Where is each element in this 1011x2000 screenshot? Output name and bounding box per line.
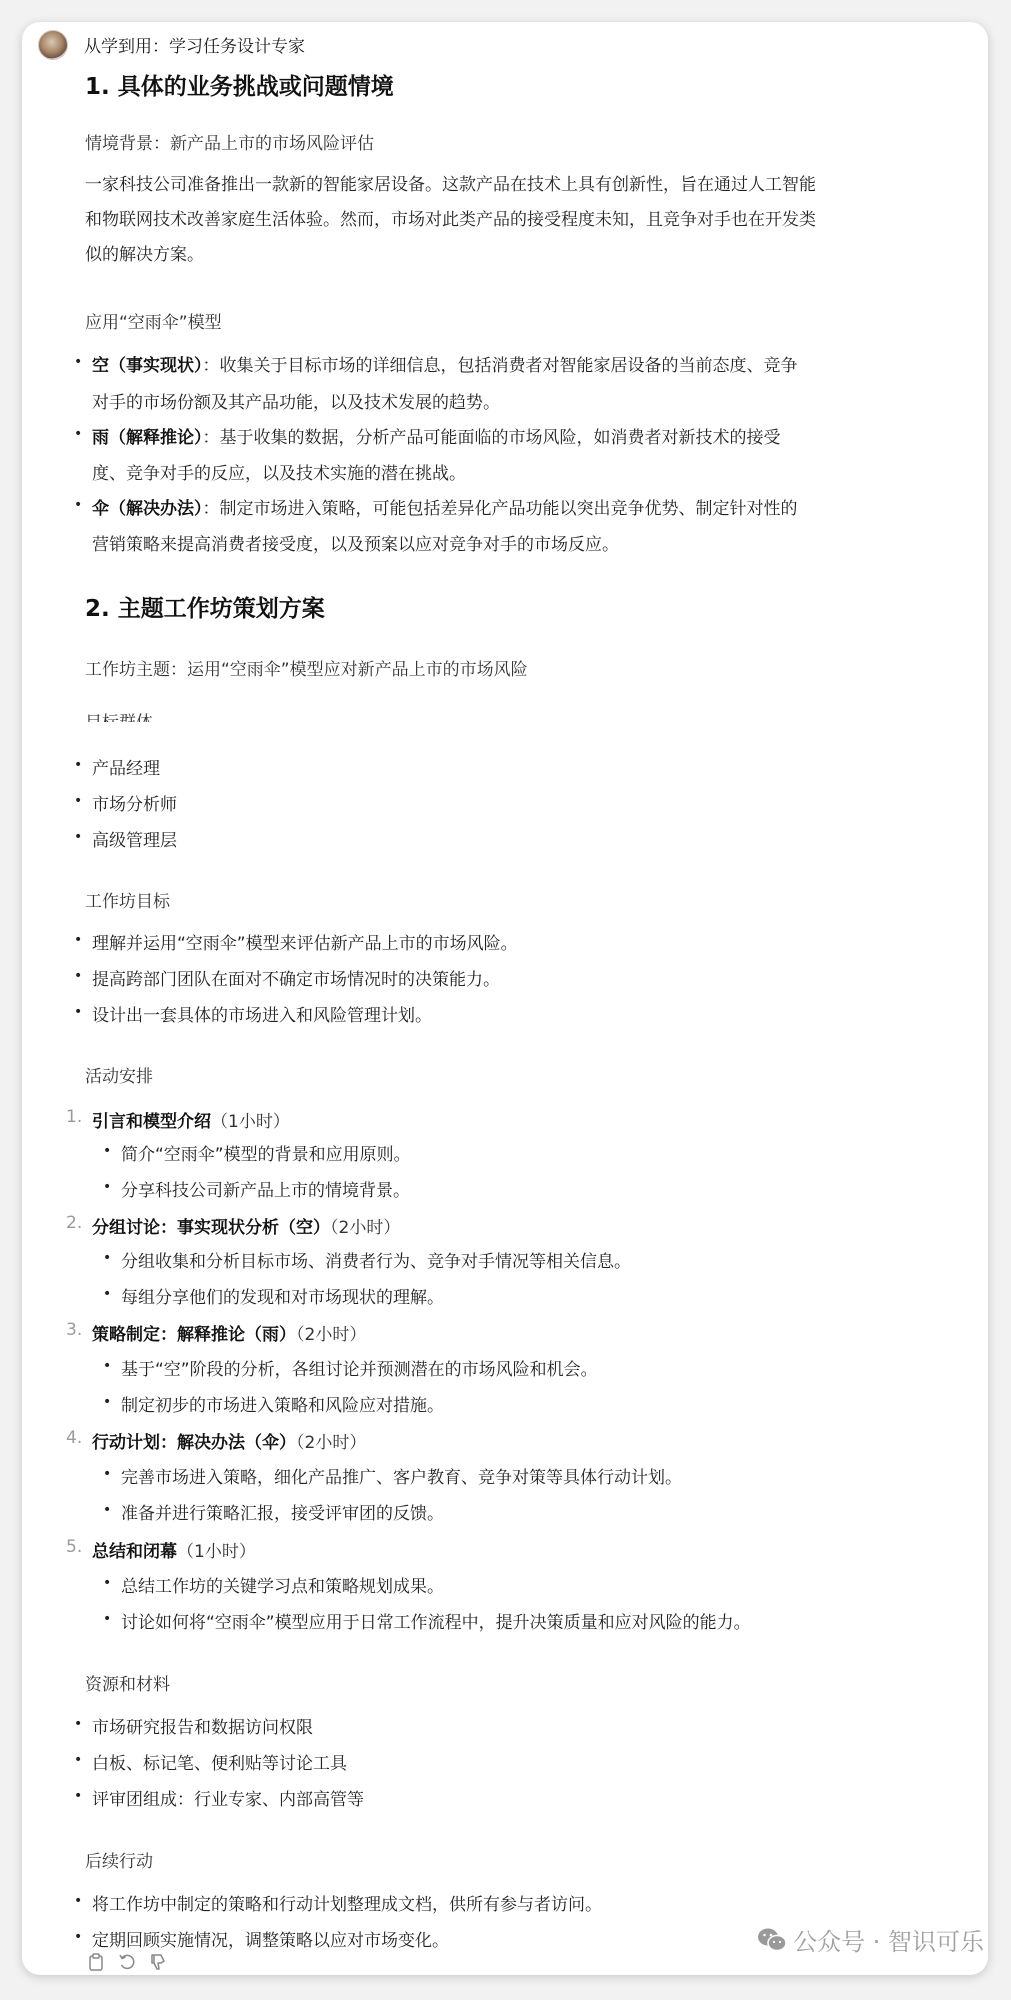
agenda-subitem: 制定初步的市场进入策略和风险应对措施。 (121, 1391, 444, 1416)
bullet-icon: • (103, 1502, 111, 1518)
agenda-item-title: 引言和模型介绍（1小时） (92, 1107, 290, 1132)
resource-item: 评审团组成：行业专家、内部高管等 (92, 1785, 364, 1810)
context-paragraph-line-3: 似的解决方案。 (85, 237, 204, 273)
watermark: 公众号 · 智识可乐 (757, 1922, 984, 1957)
agenda-number: 2. (66, 1213, 82, 1233)
bullet-icon: • (74, 1004, 82, 1020)
bullet-icon: • (103, 1286, 111, 1302)
agenda-subitem: 准备并进行策略汇报，接受评审团的反馈。 (121, 1499, 444, 1524)
agenda-subitem: 分享科技公司新产品上市的情境背景。 (121, 1176, 410, 1201)
model-term: 雨（解释推论） (92, 428, 203, 448)
followup-item: 定期回顾实施情况，调整策略以应对市场变化。 (92, 1926, 449, 1951)
bullet-icon: • (103, 1575, 111, 1591)
agenda-subitem: 每组分享他们的发现和对市场现状的理解。 (121, 1283, 444, 1308)
agenda-item-title: 策略制定：解释推论（雨）（2小时） (92, 1320, 366, 1345)
wechat-icon (757, 1927, 787, 1953)
model-item-yu: 雨（解释推论）：基于收集的数据，分析产品可能面临的市场风险，如消费者对新技术的接… (92, 423, 781, 448)
model-term: 空（事实现状） (92, 356, 203, 376)
section-2-heading: 2. 主题工作坊策划方案 (85, 590, 325, 623)
model-item-san-cont: 营销策略来提高消费者接受度，以及预案以应对竞争对手的市场反应。 (92, 530, 619, 555)
agenda-item-title: 行动计划：解决办法（伞）（2小时） (92, 1428, 366, 1453)
agenda-duration: （2小时） (296, 1433, 366, 1453)
audience-item: 产品经理 (92, 754, 160, 779)
bullet-icon: • (103, 1358, 111, 1374)
goal-item: 设计出一套具体的市场进入和风险管理计划。 (92, 1001, 432, 1026)
context-paragraph-line-2: 和物联网技术改善家庭生活体验。然而，市场对此类产品的接受程度未知，且竞争对手也在… (85, 202, 816, 238)
goals-label: 工作坊目标 (85, 887, 170, 912)
model-item-kong-cont: 对手的市场份额及其产品功能，以及技术发展的趋势。 (92, 388, 500, 413)
agenda-subitem: 总结工作坊的关键学习点和策略规划成果。 (121, 1572, 444, 1597)
resources-label: 资源和材料 (85, 1670, 170, 1695)
model-item-san: 伞（解决办法）：制定市场进入策略，可能包括差异化产品功能以突出竞争优势、制定针对… (92, 494, 798, 519)
bullet-icon: • (74, 932, 82, 948)
model-label: 应用“空雨伞”模型 (85, 308, 222, 333)
thumbs-down-icon[interactable] (149, 1952, 167, 1972)
agenda-subitem: 完善市场进入策略，细化产品推广、客户教育、竞争对策等具体行动计划。 (121, 1463, 682, 1488)
agenda-title-text: 分组讨论：事实现状分析（空） (92, 1218, 330, 1238)
agenda-subitem: 简介“空雨伞”模型的背景和应用原则。 (121, 1140, 411, 1165)
resource-item: 白板、标记笔、便利贴等讨论工具 (92, 1749, 347, 1774)
agenda-subitem: 讨论如何将“空雨伞”模型应用于日常工作流程中，提升决策质量和应对风险的能力。 (121, 1608, 751, 1633)
bullet-icon: • (74, 426, 82, 442)
bullet-icon: • (103, 1611, 111, 1627)
agenda-number: 1. (66, 1107, 82, 1127)
agenda-number: 4. (66, 1428, 82, 1448)
bullet-icon: • (74, 1929, 82, 1945)
agenda-duration: （1小时） (211, 1112, 290, 1132)
model-item-yu-cont: 度、竞争对手的反应，以及技术实施的潜在挑战。 (92, 459, 466, 484)
workshop-theme: 工作坊主题：运用“空雨伞”模型应对新产品上市的市场风险 (85, 655, 528, 680)
agenda-duration: （2小时） (296, 1325, 366, 1345)
agenda-duration: （2小时） (330, 1218, 400, 1238)
bullet-icon: • (103, 1394, 111, 1410)
bullet-icon: • (103, 1250, 111, 1266)
context-paragraph-line-1: 一家科技公司准备推出一款新的智能家居设备。这款产品在技术上具有创新性，旨在通过人… (85, 167, 816, 203)
agenda-item-title: 分组讨论：事实现状分析（空）（2小时） (92, 1213, 400, 1238)
audience-label: 目标群体 (85, 708, 153, 722)
model-item-kong: 空（事实现状）：收集关于目标市场的详细信息，包括消费者对智能家居设备的当前态度、… (92, 351, 798, 376)
bullet-icon: • (74, 497, 82, 513)
agenda-subitem: 基于“空”阶段的分析，各组讨论并预测潜在的市场风险和机会。 (121, 1355, 598, 1380)
agenda-label: 活动安排 (85, 1062, 153, 1087)
goal-item: 理解并运用“空雨伞”模型来评估新产品上市的市场风险。 (92, 929, 518, 954)
regenerate-icon[interactable] (118, 1952, 136, 1972)
bullet-icon: • (103, 1143, 111, 1159)
bullet-icon: • (74, 829, 82, 845)
bullet-icon: • (103, 1466, 111, 1482)
bullet-icon: • (74, 1752, 82, 1768)
section-1-heading: 1. 具体的业务挑战或问题情境 (85, 68, 394, 101)
bullet-icon: • (103, 1179, 111, 1195)
agenda-number: 5. (66, 1537, 82, 1557)
context-label: 情境背景：新产品上市的市场风险评估 (85, 129, 374, 154)
bullet-icon: • (74, 354, 82, 370)
agenda-title-text: 行动计划：解决办法（伞） (92, 1433, 296, 1453)
agenda-item-title: 总结和闭幕（1小时） (92, 1537, 256, 1562)
bullet-icon: • (74, 793, 82, 809)
model-desc: ：制定市场进入策略，可能包括差异化产品功能以突出竞争优势、制定针对性的 (203, 499, 798, 519)
agenda-title-text: 策略制定：解释推论（雨） (92, 1325, 296, 1345)
agent-avatar[interactable] (38, 30, 68, 60)
agenda-number: 3. (66, 1320, 82, 1340)
agenda-duration: （1小时） (177, 1542, 256, 1562)
audience-item: 高级管理层 (92, 826, 177, 851)
bullet-icon: • (74, 757, 82, 773)
model-term: 伞（解决办法） (92, 499, 203, 519)
model-desc: ：收集关于目标市场的详细信息，包括消费者对智能家居设备的当前态度、竞争 (203, 356, 798, 376)
watermark-text: 公众号 · 智识可乐 (793, 1922, 984, 1957)
chat-message-card: 从学到用：学习任务设计专家 1. 具体的业务挑战或问题情境 情境背景：新产品上市… (22, 22, 988, 1975)
agent-name: 从学到用：学习任务设计专家 (84, 32, 305, 57)
copy-icon[interactable] (87, 1952, 105, 1972)
resource-item: 市场研究报告和数据访问权限 (92, 1713, 313, 1738)
model-desc: ：基于收集的数据，分析产品可能面临的市场风险，如消费者对新技术的接受 (203, 428, 781, 448)
bullet-icon: • (74, 1893, 82, 1909)
agenda-title-text: 总结和闭幕 (92, 1542, 177, 1562)
bullet-icon: • (74, 1788, 82, 1804)
bullet-icon: • (74, 968, 82, 984)
followup-item: 将工作坊中制定的策略和行动计划整理成文档，供所有参与者访问。 (92, 1890, 602, 1915)
audience-item: 市场分析师 (92, 790, 177, 815)
followup-label: 后续行动 (85, 1847, 153, 1872)
agenda-subitem: 分组收集和分析目标市场、消费者行为、竞争对手情况等相关信息。 (121, 1247, 631, 1272)
goal-item: 提高跨部门团队在面对不确定市场情况时的决策能力。 (92, 965, 500, 990)
bullet-icon: • (74, 1716, 82, 1732)
agenda-title-text: 引言和模型介绍 (92, 1112, 211, 1132)
